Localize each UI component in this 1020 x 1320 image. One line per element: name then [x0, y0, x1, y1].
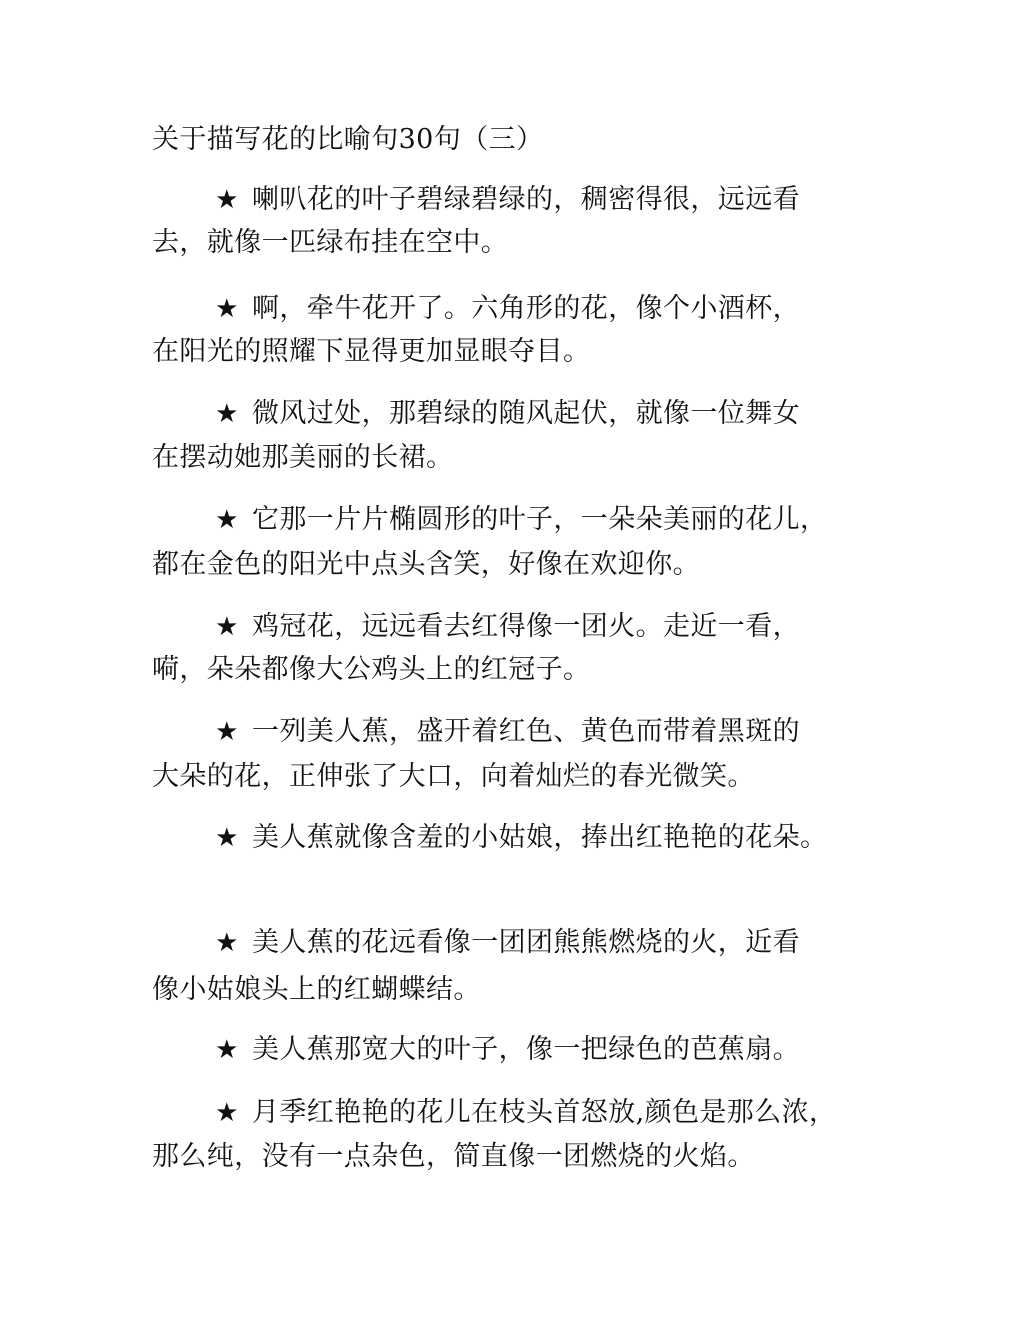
line-text: 鸡冠花，远远看去红得像一团火。走近一看， — [252, 611, 800, 642]
star-bullet-icon: ★ — [212, 394, 242, 434]
paragraph-first-line: ★美人蕉那宽大的叶子，像一把绿色的芭蕉扇。 — [212, 1030, 952, 1070]
paragraph-first-line: ★啊，牵牛花开了。六角形的花，像个小酒杯， — [212, 289, 952, 329]
line-text: 啊，牵牛花开了。六角形的花，像个小酒杯， — [252, 293, 800, 324]
paragraph-line: 在阳光的照耀下显得更加显眼夺目。 — [152, 332, 892, 372]
star-bullet-icon: ★ — [212, 923, 242, 963]
star-bullet-icon: ★ — [212, 180, 242, 220]
paragraph-line: 那么纯，没有一点杂色，简直像一团燃烧的火焰。 — [152, 1137, 892, 1177]
document-page: 关于描写花的比喻句30句（三） ★喇叭花的叶子碧绿碧绿的，稠密得很，远远看 去，… — [0, 0, 1020, 1320]
star-bullet-icon: ★ — [212, 818, 242, 858]
paragraph-line: 在摆动她那美丽的长裙。 — [152, 438, 892, 478]
line-text: 美人蕉那宽大的叶子，像一把绿色的芭蕉扇。 — [252, 1034, 800, 1065]
line-text: 它那一片片椭圆形的叶子，一朵朵美丽的花儿， — [252, 504, 827, 535]
line-text: 微风过处，那碧绿的随风起伏，就像一位舞女 — [252, 398, 800, 429]
line-text: 美人蕉的花远看像一团团熊熊燃烧的火，近看 — [252, 927, 800, 958]
paragraph-first-line: ★美人蕉的花远看像一团团熊熊燃烧的火，近看 — [212, 923, 952, 963]
line-text: 一列美人蕉，盛开着红色、黄色而带着黑斑的 — [252, 716, 800, 747]
document-title: 关于描写花的比喻句30句（三） — [152, 120, 892, 160]
paragraph-line: 去，就像一匹绿布挂在空中。 — [152, 223, 892, 263]
paragraph-first-line: ★一列美人蕉，盛开着红色、黄色而带着黑斑的 — [212, 712, 952, 752]
star-bullet-icon: ★ — [212, 712, 242, 752]
paragraph-first-line: ★月季红艳艳的花儿在枝头首怒放,颜色是那么浓， — [212, 1093, 952, 1133]
paragraph-first-line: ★它那一片片椭圆形的叶子，一朵朵美丽的花儿， — [212, 500, 952, 540]
paragraph-line: 大朵的花，正伸张了大口，向着灿烂的春光微笑。 — [152, 757, 892, 797]
paragraph-line: 像小姑娘头上的红蝴蝶结。 — [152, 970, 892, 1010]
paragraph-first-line: ★喇叭花的叶子碧绿碧绿的，稠密得很，远远看 — [212, 180, 952, 220]
paragraph-first-line: ★鸡冠花，远远看去红得像一团火。走近一看， — [212, 607, 952, 647]
line-text: 月季红艳艳的花儿在枝头首怒放,颜色是那么浓， — [252, 1097, 836, 1128]
paragraph-first-line: ★美人蕉就像含羞的小姑娘，捧出红艳艳的花朵。 — [212, 818, 952, 858]
line-text: 美人蕉就像含羞的小姑娘，捧出红艳艳的花朵。 — [252, 822, 827, 853]
star-bullet-icon: ★ — [212, 289, 242, 329]
star-bullet-icon: ★ — [212, 1093, 242, 1133]
paragraph-first-line: ★微风过处，那碧绿的随风起伏，就像一位舞女 — [212, 394, 952, 434]
star-bullet-icon: ★ — [212, 607, 242, 647]
star-bullet-icon: ★ — [212, 1030, 242, 1070]
paragraph-line: 都在金色的阳光中点头含笑，好像在欢迎你。 — [152, 545, 892, 585]
line-text: 喇叭花的叶子碧绿碧绿的，稠密得很，远远看 — [252, 184, 800, 215]
paragraph-line: 嗬，朵朵都像大公鸡头上的红冠子。 — [152, 650, 892, 690]
star-bullet-icon: ★ — [212, 500, 242, 540]
